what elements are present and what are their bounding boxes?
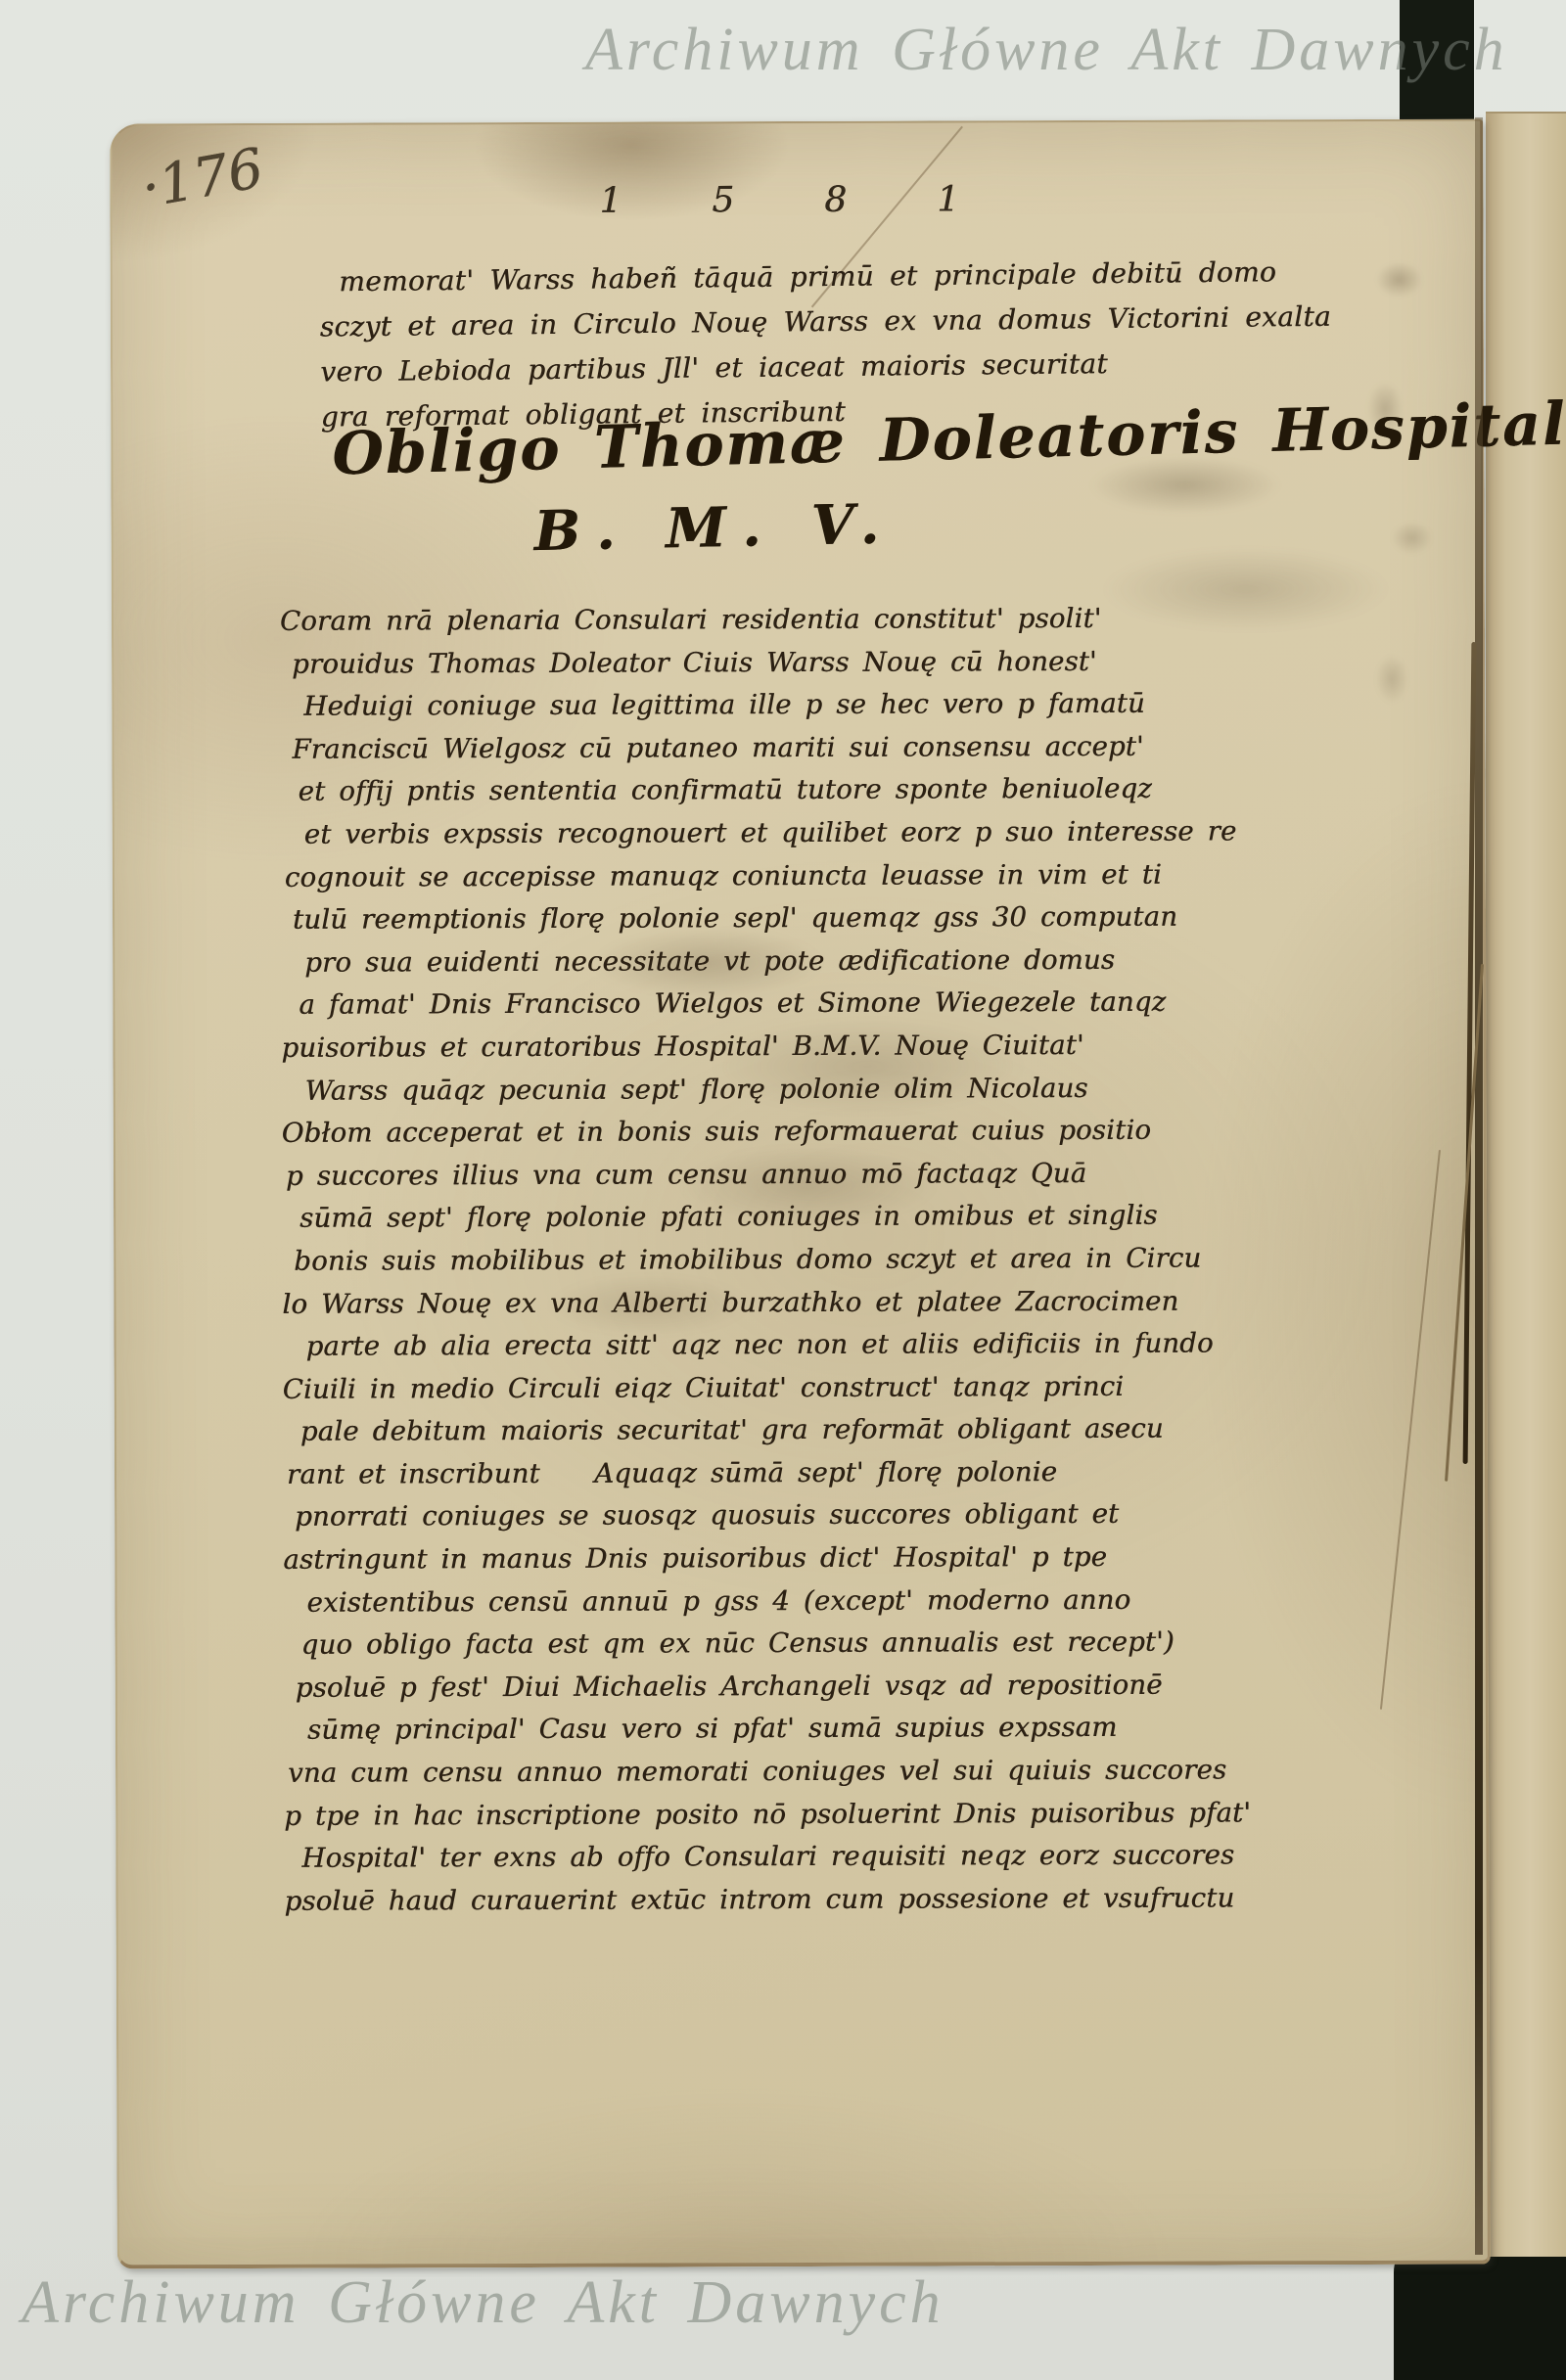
manuscript-line: Heduigi coniuge sua legittima ille p se … [303, 682, 1464, 729]
folio-number: ·176 [137, 137, 268, 221]
archive-scan: ·176 1 5 8 1 memorat' Warss habeñ tāquā … [0, 0, 1566, 2380]
watermark-top: Archiwum Główne Akt Dawnych [585, 16, 1508, 85]
manuscript-line: Hospital' ter exns ab offo Consulari req… [301, 1834, 1468, 1881]
manuscript-line: tulū reemptionis florę polonie sepl' que… [293, 895, 1465, 942]
manuscript-line: et verbis expssis recognouert et quilibe… [304, 810, 1465, 857]
manuscript-line: puisoribus et curatoribus Hospital' B.M.… [281, 1024, 1465, 1071]
year-digit: 1 [937, 179, 959, 219]
year-digit: 5 [712, 180, 734, 220]
manuscript-line: astringunt in manus Dnis puisoribus dict… [283, 1535, 1467, 1582]
year-digit: 1 [599, 181, 622, 221]
manuscript-line: Coram nrā plenaria Consulari residentia … [280, 597, 1464, 644]
manuscript-line: pnorrati coniuges se suosqz quosuis succ… [295, 1492, 1467, 1539]
manuscript-line: pale debitum maioris securitat' gra refo… [300, 1407, 1467, 1454]
manuscript-line: prouidus Thomas Doleator Ciuis Warss Nou… [292, 639, 1464, 686]
manuscript-line: p tpe in hac inscriptione posito nō psol… [284, 1791, 1468, 1838]
watermark-bottom: Archiwum Główne Akt Dawnych [22, 2268, 944, 2338]
manuscript-line: parte ab alia erecta sitt' aqz nec non e… [305, 1322, 1466, 1369]
manuscript-line: Ciuili in medio Circuli eiqz Ciuitat' co… [283, 1364, 1467, 1411]
manuscript-line: Warss quāqz pecunia sept' florę polonie … [305, 1066, 1466, 1113]
manuscript-line: cognouit se accepisse manuqz coniuncta l… [285, 852, 1465, 899]
manuscript-line: psoluē p fest' Diui Michaelis Archangeli… [296, 1663, 1468, 1710]
manuscript-line: vna cum censu annuo memorati coniuges ve… [288, 1749, 1468, 1796]
manuscript-page: ·176 1 5 8 1 memorat' Warss habeñ tāquā … [110, 119, 1491, 2269]
manuscript-line: a famat' Dnis Francisco Wielgos et Simon… [299, 981, 1465, 1028]
manuscript-line: quo obligo facta est qm ex nūc Census an… [301, 1621, 1468, 1668]
manuscript-line: p succores illius vna cum censu annuo mō… [286, 1151, 1466, 1198]
manuscript-line: rant et inscribunt Aquaqz sūmā sept' flo… [287, 1449, 1467, 1496]
manuscript-line: sūmā sept' florę polonie pfati coniuges … [299, 1194, 1466, 1241]
manuscript-line: existentibus censū annuū p gss 4 (except… [306, 1578, 1467, 1625]
manuscript-line: bonis suis mobilibus et imobilibus domo … [294, 1237, 1466, 1284]
gutter-crease [1475, 117, 1483, 2255]
manuscript-line: Franciscū Wielgosz cū putaneo mariti sui… [292, 724, 1464, 771]
entry-subheading: B. M. V. [533, 491, 896, 564]
entry-body: Coram nrā plenaria Consulari residentia … [280, 597, 1469, 1924]
manuscript-line: psoluē haud curauerint extūc introm cum … [284, 1876, 1468, 1923]
manuscript-line: lo Warss Nouę ex vna Alberti burzathko e… [282, 1279, 1466, 1326]
manuscript-line: et offij pntis sententia confirmatū tuto… [298, 767, 1464, 814]
manuscript-line: pro sua euidenti necessitate vt pote ædi… [304, 938, 1465, 984]
manuscript-line: sūmę principal' Casu vero si pfat' sumā … [307, 1706, 1468, 1753]
year-heading: 1 5 8 1 [599, 179, 959, 220]
year-digit: 8 [824, 180, 847, 220]
manuscript-line: Obłom acceperat et in bonis suis reforma… [282, 1109, 1466, 1156]
